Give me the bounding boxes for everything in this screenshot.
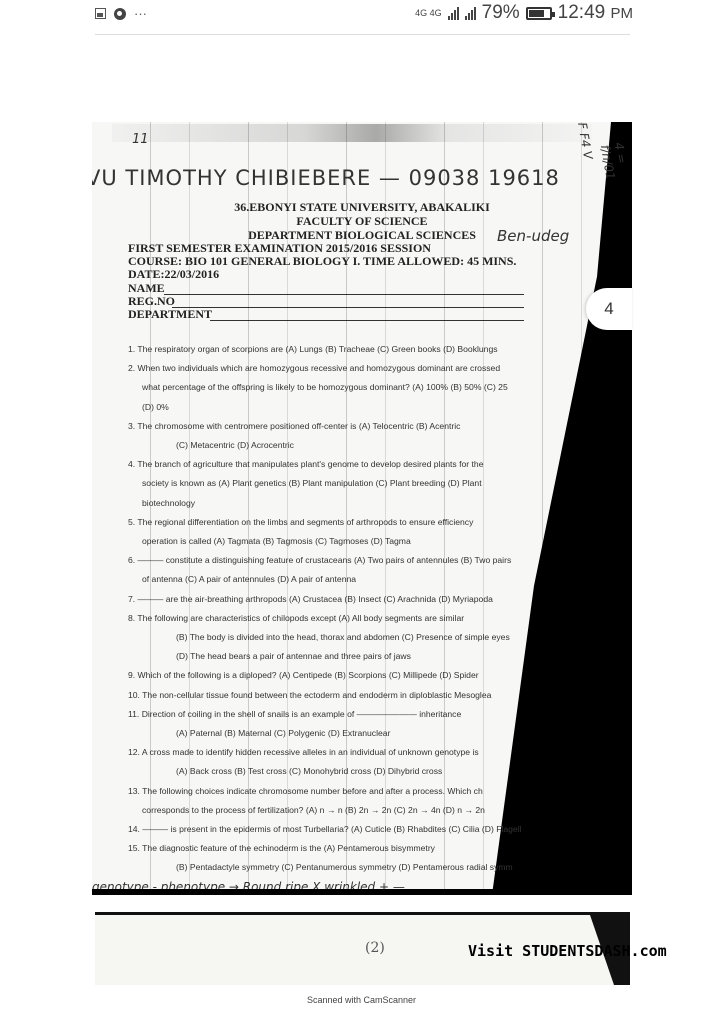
handwritten-signature: Ben-udeg xyxy=(497,227,569,245)
scan-bottom-edge xyxy=(92,889,632,895)
handwritten-student-name: VU TIMOTHY CHIBIEBERE — 09038 19618 xyxy=(92,166,560,190)
scanned-page: 11 7F F4 V 4 = f/n/01 VU TIMOTHY CHIBIEB… xyxy=(92,122,632,895)
clock: 12:49 PM xyxy=(558,2,633,24)
question-line: 11. Direction of coiling in the shell of… xyxy=(128,705,598,724)
question-line: 7. ——— are the air-breathing arthropods … xyxy=(128,590,598,609)
network-type: 4G 4G xyxy=(415,9,442,18)
battery-percent: 79% xyxy=(482,2,520,24)
question-line: 15. The diagnostic feature of the echino… xyxy=(128,839,598,858)
signal-sim2-icon xyxy=(465,6,476,20)
institution-title: 36.EBONYI STATE UNIVERSITY, ABAKALIKI xyxy=(92,200,632,215)
question-line: operation is called (A) Tagmata (B) Tagm… xyxy=(128,532,598,551)
name-blank xyxy=(164,294,524,295)
question-line: society is known as (A) Plant genetics (… xyxy=(128,474,598,493)
question-line: 4. The branch of agriculture that manipu… xyxy=(128,455,598,474)
question-line: (B) The body is divided into the head, t… xyxy=(128,628,598,647)
question-line: 12. A cross made to identify hidden rece… xyxy=(128,743,598,762)
department-blank xyxy=(210,320,524,321)
exam-date: DATE:22/03/2016 xyxy=(128,268,219,281)
status-bar: ··· 4G 4G 79% 12:49 PM xyxy=(0,0,723,30)
question-line: biotechnology xyxy=(128,494,598,513)
handwriting-margin-2: 4 = f/n/01 xyxy=(598,141,632,181)
record-icon xyxy=(114,8,126,20)
question-line: (D) The head bears a pair of antennae an… xyxy=(128,647,598,666)
battery-icon xyxy=(526,7,552,20)
question-line: 9. Which of the following is a diploped?… xyxy=(128,666,598,685)
question-line: (A) Paternal (B) Maternal (C) Polygenic … xyxy=(128,724,598,743)
image-icon xyxy=(95,8,106,19)
scan-smudge xyxy=(112,124,592,142)
question-line: (B) Pentadactyle symmetry (C) Pentanumer… xyxy=(128,858,598,877)
question-line: (D) 0% xyxy=(128,398,598,417)
signal-icon xyxy=(448,6,459,20)
scanner-footer: Scanned with CamScanner xyxy=(0,995,723,1005)
question-line: 10. The non-cellular tissue found betwee… xyxy=(128,686,598,705)
question-list: 1. The respiratory organ of scorpions ar… xyxy=(128,340,598,878)
handwriting-top: 11 xyxy=(132,132,149,147)
question-line: of antenna (C) A pair of antennules (D) … xyxy=(128,570,598,589)
watermark: Visit STUDENTSDASH.com xyxy=(468,942,667,960)
question-line: 14. ——— is present in the epidermis of m… xyxy=(128,820,598,839)
question-line: 6. ——— constitute a distinguishing featu… xyxy=(128,551,598,570)
question-line: (C) Metacentric (D) Acrocentric xyxy=(128,436,598,455)
department-label: DEPARTMENT xyxy=(128,308,212,321)
divider xyxy=(95,34,630,35)
question-line: 13. The following choices indicate chrom… xyxy=(128,782,598,801)
question-line: 5. The regional differentiation on the l… xyxy=(128,513,598,532)
question-line: corresponds to the process of fertilizat… xyxy=(128,801,598,820)
question-line: 1. The respiratory organ of scorpions ar… xyxy=(128,340,598,359)
clock-time: 12:49 xyxy=(558,2,606,23)
question-line: 3. The chromosome with centromere positi… xyxy=(128,417,598,436)
question-line: 8. The following are characteristics of … xyxy=(128,609,598,628)
question-line: 2. When two individuals which are homozy… xyxy=(128,359,598,378)
more-icon: ··· xyxy=(134,6,147,21)
page-indicator[interactable]: 4 xyxy=(586,288,632,330)
regno-blank xyxy=(172,307,524,308)
page-number: (2) xyxy=(365,940,385,956)
question-line: what percentage of the offspring is like… xyxy=(128,378,598,397)
clock-ampm: PM xyxy=(611,5,634,22)
question-line: (A) Back cross (B) Test cross (C) Monohy… xyxy=(128,762,598,781)
